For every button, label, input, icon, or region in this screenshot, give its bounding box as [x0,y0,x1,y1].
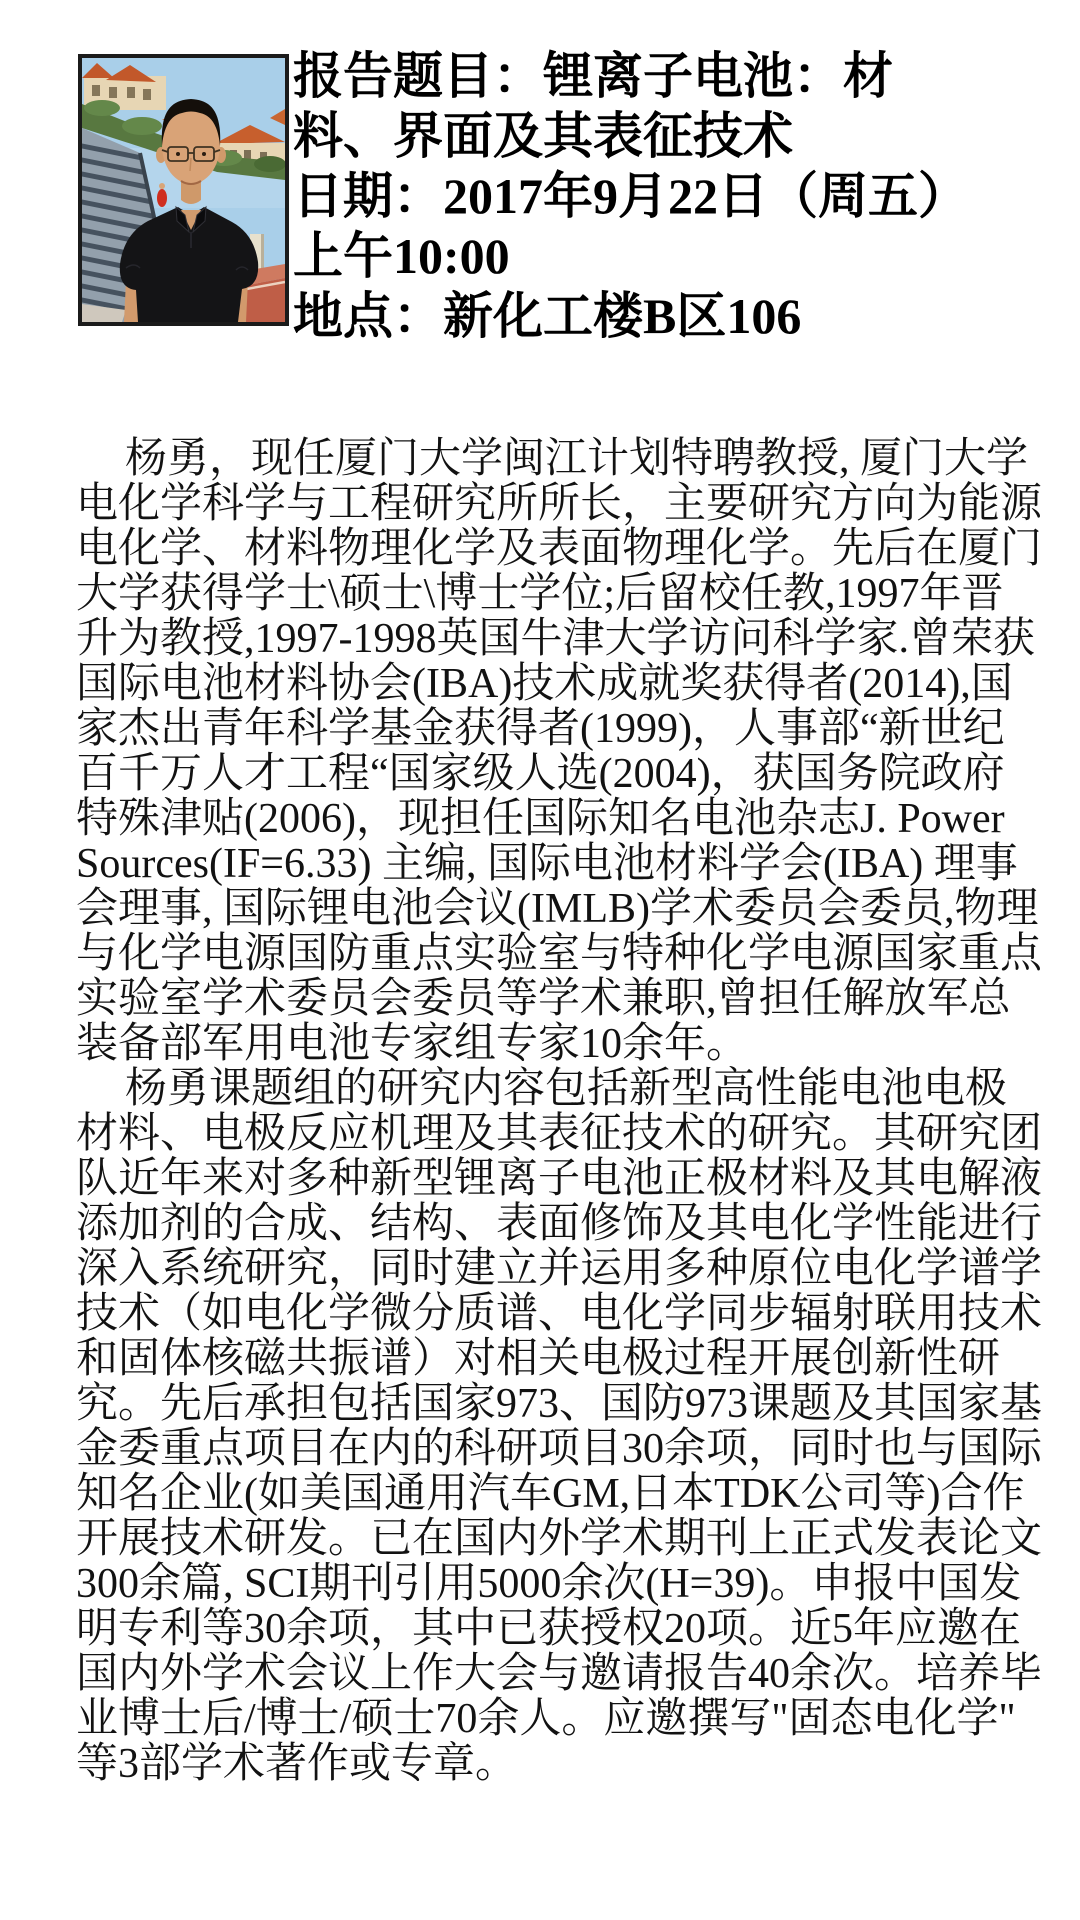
bio-line: 究。先后承担包括国家973、国防973课题及其国家基 [76,1382,1066,1427]
bio-line: 装备部军用电池专家组专家10余年。 [76,1022,1066,1067]
bio-line: 金委重点项目在内的科研项目30余项，同时也与国际 [76,1427,1066,1472]
bio-line: Sources(IF=6.33) 主编, 国际电池材料学会(IBA) 理事 [76,842,1066,887]
talk-info-header: 报告题目：锂离子电池：材 料、界面及其表征技术 日期：2017年9月22日（周五… [293,46,968,346]
talk-time-line: 上午10:00 [293,226,968,286]
talk-title-line-2: 料、界面及其表征技术 [293,106,968,166]
bio-line: 实验室学术委员会委员等学术兼职,曾担任解放军总 [76,977,1066,1022]
talk-date-line: 日期：2017年9月22日（周五） [293,166,968,226]
bio-line: 材料、电极反应机理及其表征技术的研究。其研究团 [76,1112,1066,1157]
seminar-announcement-page: 报告题目：锂离子电池：材 料、界面及其表征技术 日期：2017年9月22日（周五… [0,0,1080,1920]
bio-line: 会理事, 国际锂电池会议(IMLB)学术委员会委员,物理 [76,887,1066,932]
bio-line: 特殊津贴(2006)，现担任国际知名电池杂志J. Power [76,797,1066,842]
bio-line: 家杰出青年科学基金获得者(1999)，人事部“新世纪 [76,707,1066,752]
bio-line: 技术（如电化学微分质谱、电化学同步辐射联用技术 [76,1292,1066,1337]
talk-title-line-1: 报告题目：锂离子电池：材 [293,46,968,106]
bio-line: 300余篇, SCI期刊引用5000余次(H=39)。申报中国发 [76,1562,1066,1607]
bio-line: 电化学科学与工程研究所所长，主要研究方向为能源 [76,482,1066,527]
bio-line: 添加剂的合成、结构、表面修饰及其电化学性能进行 [76,1202,1066,1247]
talk-venue-line: 地点：新化工楼B区106 [293,286,968,346]
speaker-photo [78,54,289,326]
bio-line: 业博士后/博士/硕士70余人。应邀撰写"固态电化学" [76,1697,1066,1742]
bio-line: 杨勇课题组的研究内容包括新型高性能电池电极 [76,1067,1066,1112]
bio-line: 国内外学术会议上作大会与邀请报告40余次。培养毕 [76,1652,1066,1697]
bio-line: 与化学电源国防重点实验室与特种化学电源国家重点 [76,932,1066,977]
bio-line: 开展技术研发。已在国内外学术期刊上正式发表论文 [76,1517,1066,1562]
speaker-bio: 杨勇，现任厦门大学闽江计划特聘教授, 厦门大学 电化学科学与工程研究所所长，主要… [76,437,1066,1787]
bio-line: 电化学、材料物理化学及表面物理化学。先后在厦门 [76,527,1066,572]
bio-line: 和固体核磁共振谱）对相关电极过程开展创新性研 [76,1337,1066,1382]
bio-line: 队近年来对多种新型锂离子电池正极材料及其电解液 [76,1157,1066,1202]
bio-line: 明专利等30余项，其中已获授权20项。近5年应邀在 [76,1607,1066,1652]
speaker-photo-art [82,58,285,322]
bio-line: 升为教授,1997-1998英国牛津大学访问科学家.曾荣获 [76,617,1066,662]
bio-line: 知名企业(如美国通用汽车GM,日本TDK公司等)合作 [76,1472,1066,1517]
bio-line: 深入系统研究，同时建立并运用多种原位电化学谱学 [76,1247,1066,1292]
bio-line: 大学获得学士\硕士\博士学位;后留校任教,1997年晋 [76,572,1066,617]
bio-line: 等3部学术著作或专章。 [76,1742,1066,1787]
bio-line: 百千万人才工程“国家级人选(2004)，获国务院政府 [76,752,1066,797]
bio-line: 杨勇，现任厦门大学闽江计划特聘教授, 厦门大学 [76,437,1066,482]
bio-line: 国际电池材料协会(IBA)技术成就奖获得者(2014),国 [76,662,1066,707]
